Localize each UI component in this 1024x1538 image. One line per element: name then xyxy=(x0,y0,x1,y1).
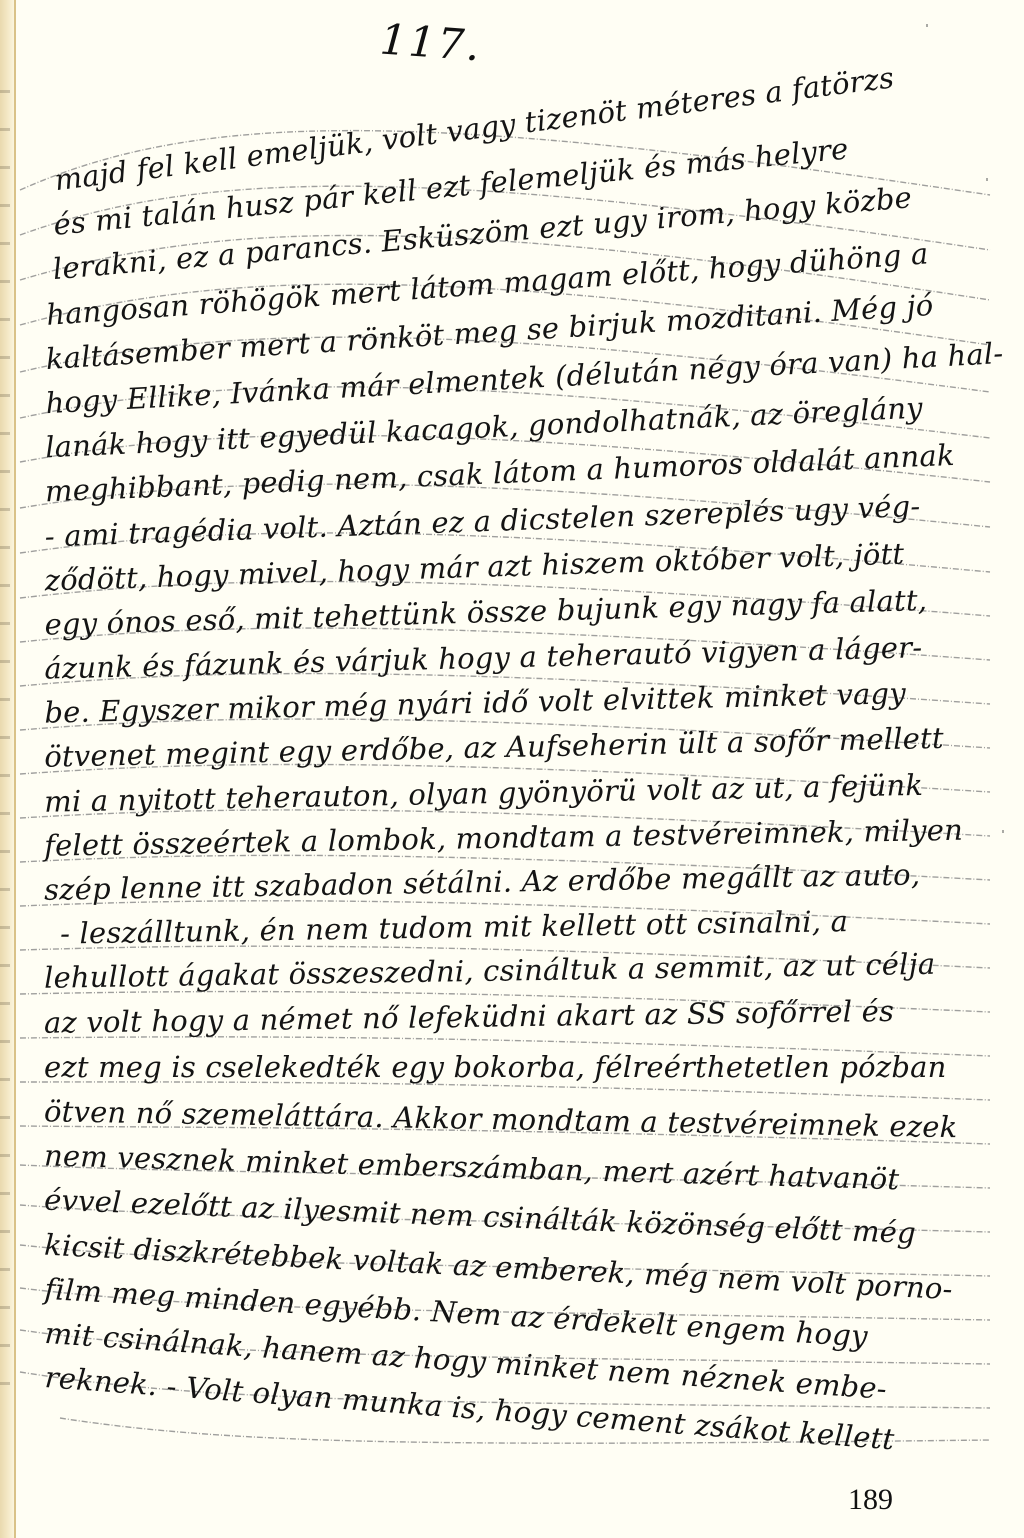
scan-speck xyxy=(926,24,928,27)
scan-speck xyxy=(986,178,988,181)
text-line: ezt meg is cselekedték egy bokorba, félr… xyxy=(44,1044,994,1090)
scan-speck xyxy=(1002,830,1004,833)
printed-page-number: 189 xyxy=(848,1483,893,1517)
handwritten-text-body: majd fel kell emeljük, volt vagy tizenöt… xyxy=(30,120,980,1413)
text-line-content: ezt meg is cselekedték egy bokorba, félr… xyxy=(44,1044,946,1090)
manuscript-page-heading: 117. xyxy=(378,15,483,71)
